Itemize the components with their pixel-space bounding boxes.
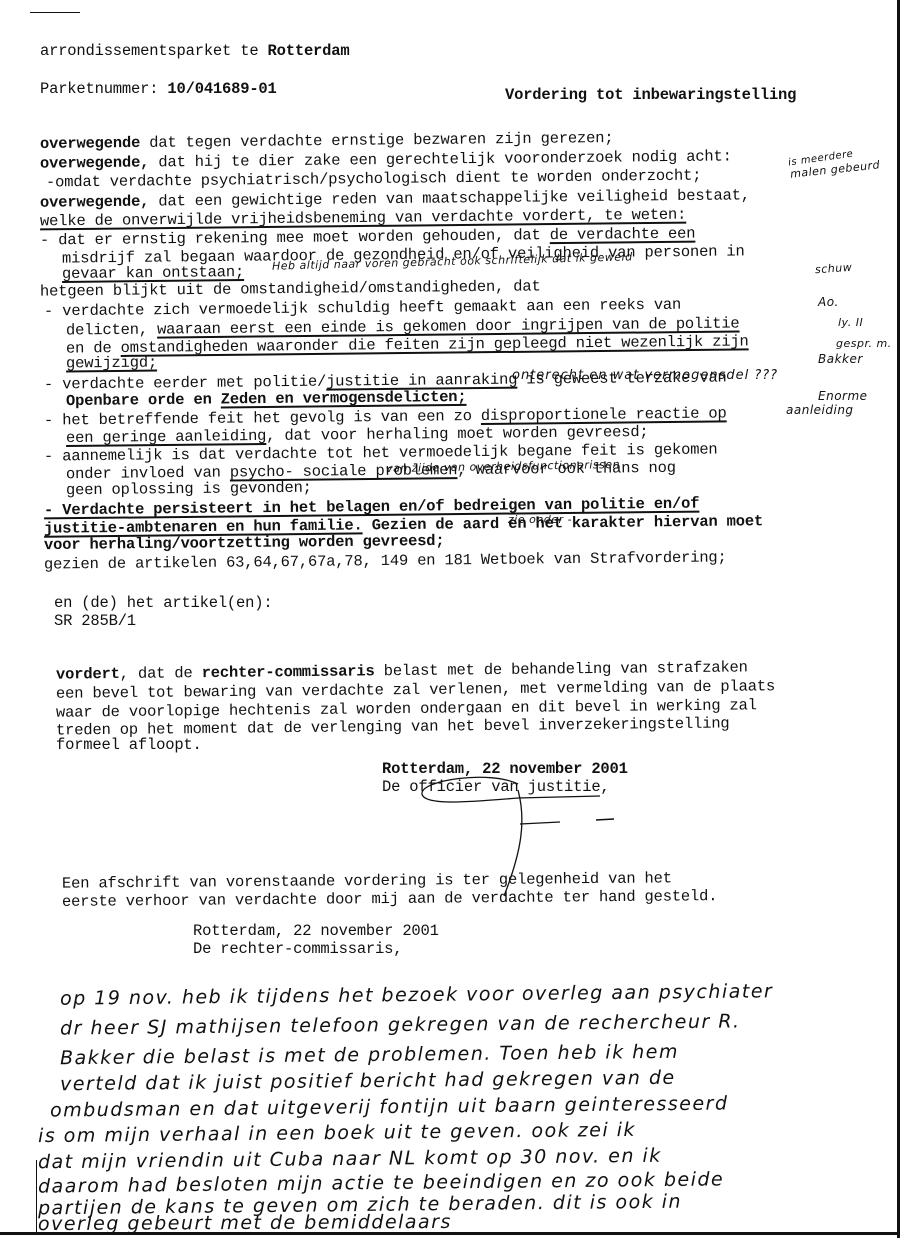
handwritten-line: dat mijn vriendin uit Cuba naar NL komt … [38,1145,662,1174]
body-line: Openbare orde en Zeden en vermogensdelic… [66,388,467,410]
claim-line: formeel afloopt. [56,736,202,754]
case-number: Parketnummer: 10/041689-01 [40,80,277,98]
handwritten-line: op 19 nov. heb ik tijdens het bezoek voo… [60,980,773,1009]
margin-note: ly. II [838,316,863,329]
handwritten-line: verteld dat ik juist positief bericht ha… [60,1067,676,1095]
margin-note: Ao. [818,295,839,309]
judge-role: De rechter-commissaris, [193,940,402,958]
scan-border-left [36,1160,37,1232]
handwritten-line: dr heer SJ mathijsen telefoon gekregen v… [60,1010,741,1039]
handwritten-line: ombudsman en dat uitgeverij fontijn uit … [50,1092,729,1121]
margin-note: Enorme [818,389,868,403]
body-line: en (de) het artikel(en): [54,594,272,612]
judge-place-date: Rotterdam, 22 november 2001 [193,922,439,940]
margin-note: zie onder - [508,513,572,526]
margin-note: schuw [815,261,853,277]
margin-note: aanleiding [786,403,854,417]
scan-mark [30,12,80,13]
margin-note: Bakker [818,352,863,366]
article-reference: SR 285B/1 [54,612,136,630]
margin-note: gespr. m. [836,337,892,350]
document-title: Vordering tot inbewaringstelling [505,86,796,104]
margin-note: onterecht en wat vermogensdel ??? [512,368,778,383]
handwritten-line: Bakker die belast is met de problemen. T… [60,1041,679,1069]
body-line: voor herhaling/voortzetting worden gevre… [44,532,445,554]
handwritten-line: overleg gebeurt met de bemiddelaars [38,1211,452,1235]
body-line: gewijzigd; [66,354,157,373]
handwritten-line: is om mijn verhaal in een boek uit te ge… [38,1119,636,1147]
scanned-document-page: arrondissementsparket te Rotterdam Parke… [0,0,900,1238]
body-line: geen oplossing is gevonden; [66,479,312,500]
office-header: arrondissementsparket te Rotterdam [40,42,349,60]
